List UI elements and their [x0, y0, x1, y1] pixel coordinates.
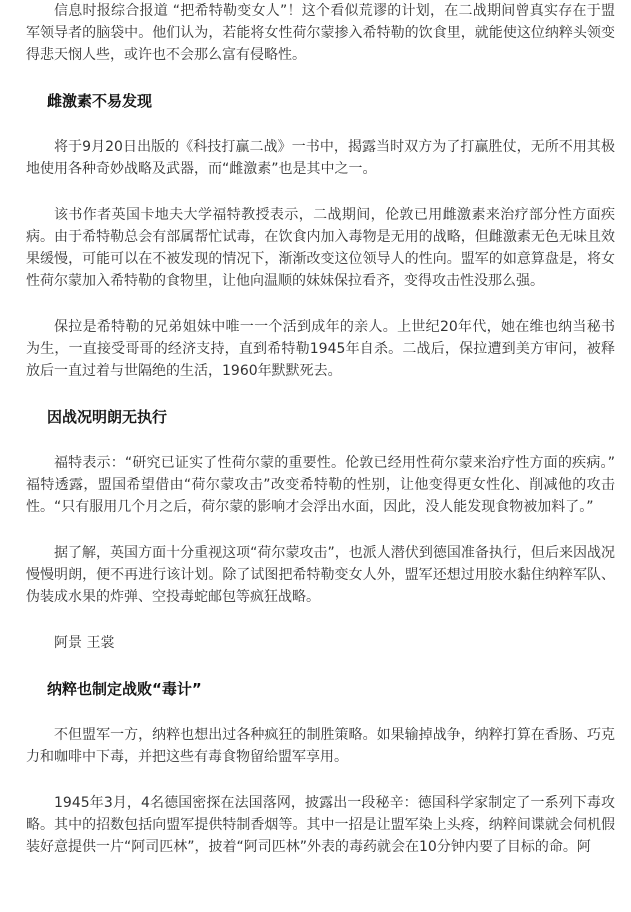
section-heading-estrogen-hard-to-detect: 雌激素不易发现: [26, 90, 615, 112]
article-body: 信息时报综合报道 “把希特勒变女人”！这个看似荒谬的计划，在二战期间曾真实存在于…: [0, 0, 631, 858]
article-paragraph-3: 该书作者英国卡地夫大学福特教授表示，二战期间，伦敦已用雌激素来治疗部分性方面疾病…: [26, 204, 615, 292]
article-paragraph-lead: 信息时报综合报道 “把希特勒变女人”！这个看似荒谬的计划，在二战期间曾真实存在于…: [26, 0, 615, 66]
article-paragraph-2: 将于9月20日出版的《科技打赢二战》一书中，揭露当时双方为了打赢胜仗，无所不用其…: [26, 136, 615, 180]
section-heading-nazi-poison-plot: 纳粹也制定战败“毒计”: [26, 678, 615, 700]
article-paragraph-5: 福特表示：“研究已证实了性荷尔蒙的重要性。伦敦已经用性荷尔蒙来治疗性方面的疾病。…: [26, 452, 615, 518]
article-paragraph-6: 据了解，英国方面十分重视这项“荷尔蒙攻击”，也派人潜伏到德国准备执行，但后来因战…: [26, 542, 615, 608]
article-paragraph-4: 保拉是希特勒的兄弟姐妹中唯一一个活到成年的亲人。上世纪20年代，她在维也纳当秘书…: [26, 316, 615, 382]
article-paragraph-8: 1945年3月，4名德国密探在法国落网，披露出一段秘辛：德国科学家制定了一系列下…: [26, 792, 615, 858]
byline: 阿景 王裳: [26, 632, 615, 654]
article-paragraph-7: 不但盟军一方，纳粹也想出过各种疯狂的制胜策略。如果输掉战争，纳粹打算在香肠、巧克…: [26, 724, 615, 768]
section-heading-not-executed: 因战况明朗无执行: [26, 406, 615, 428]
